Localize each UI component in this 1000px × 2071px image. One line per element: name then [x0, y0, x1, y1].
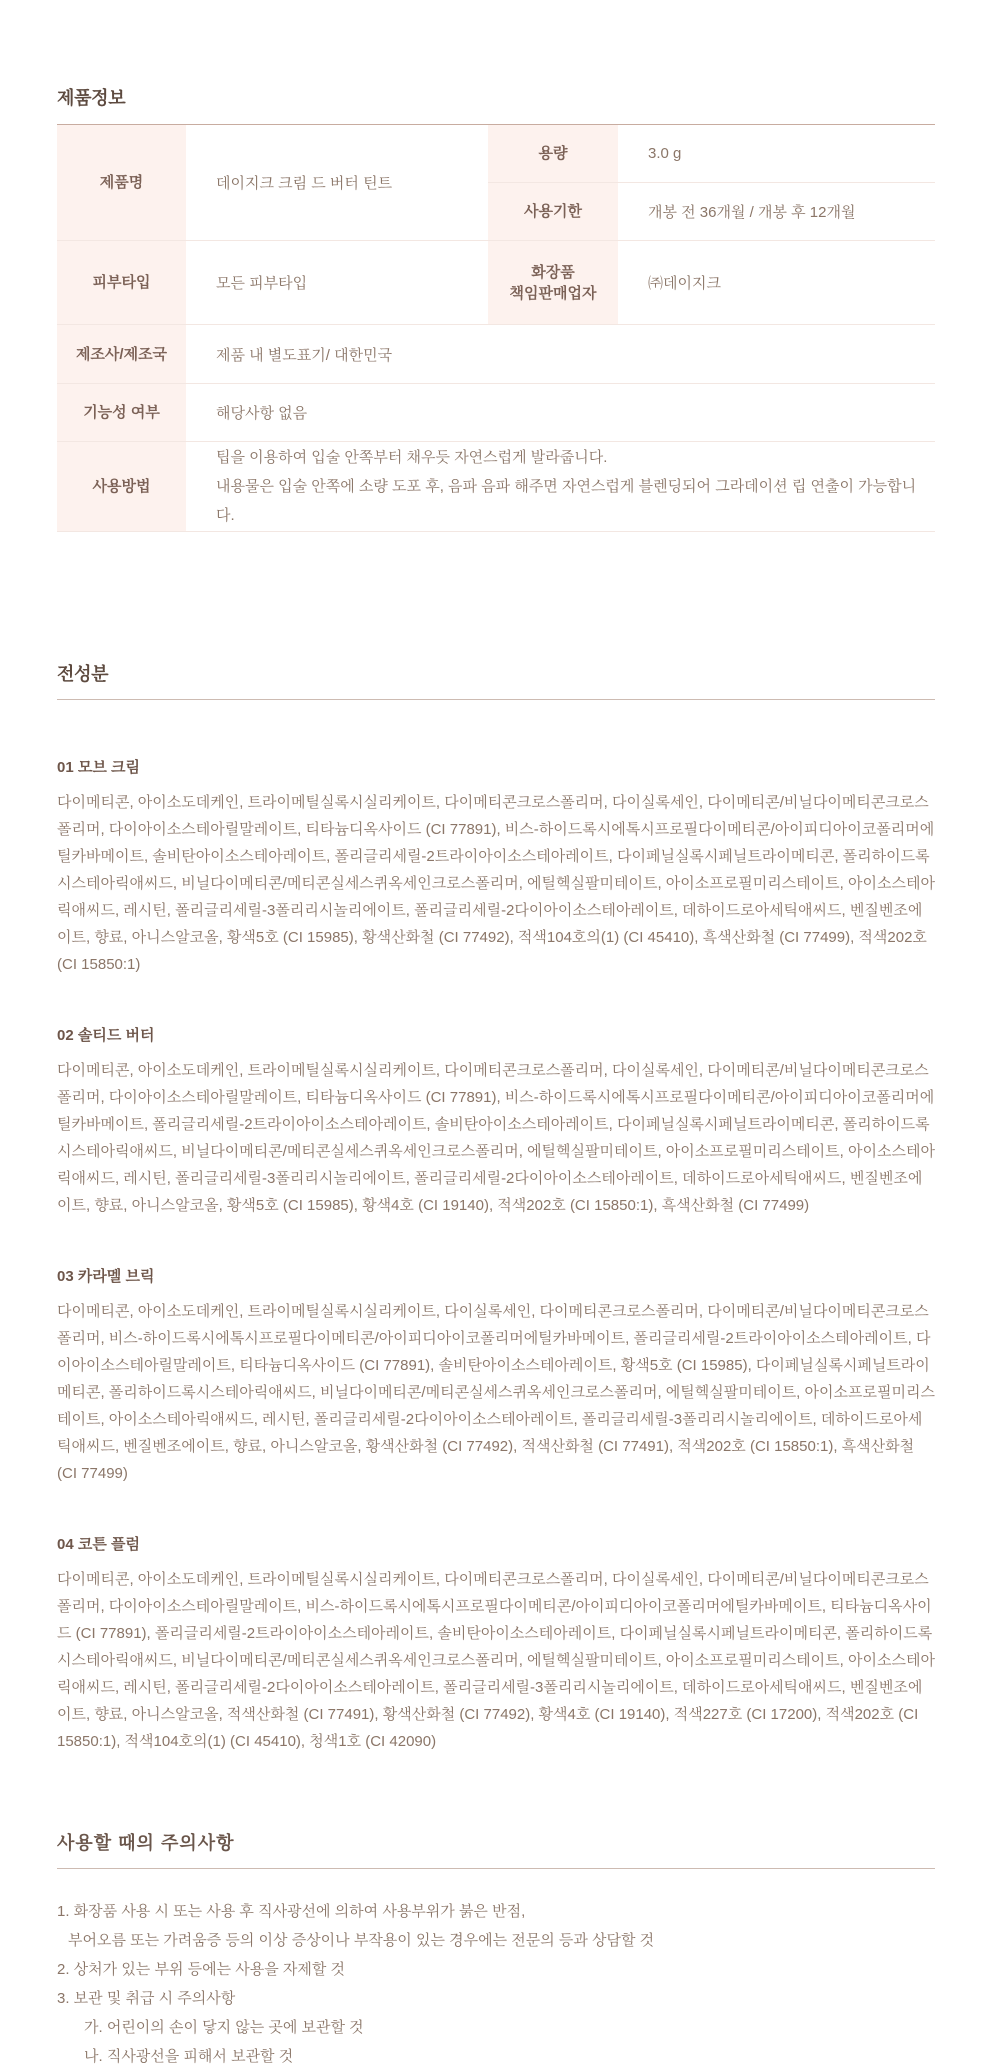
- shade-block-cotton-plum: 04 코튼 플럼 다이메티콘, 아이소도데케인, 트라이메틸실록시실리케이트, …: [57, 1533, 935, 1755]
- shade-block-caramel-brick: 03 카라멜 브릭 다이메티콘, 아이소도데케인, 트라이메틸실록시실리케이트,…: [57, 1265, 935, 1487]
- product-detail-page: 제품정보 제품명 데이지크 크림 드 버터 틴트 용량 3.0 g 사용기한 개…: [57, 0, 935, 2071]
- product-info-section: 제품정보 제품명 데이지크 크림 드 버터 틴트 용량 3.0 g 사용기한 개…: [57, 84, 935, 532]
- product-info-table: 제품명 데이지크 크림 드 버터 틴트 용량 3.0 g 사용기한 개봉 전 3…: [57, 124, 935, 532]
- precaution-item-3-sub-a: 가. 어린이의 손이 닿지 않는 곳에 보관할 것: [57, 2013, 935, 2042]
- usage-label: 사용방법: [57, 442, 186, 532]
- shade-ingredients-text: 다이메티콘, 아이소도데케인, 트라이메틸실록시실리케이트, 다이메티콘크로스폴…: [57, 1057, 935, 1219]
- precautions-divider: [57, 1868, 935, 1869]
- usage-line-2: 내용물은 입술 안쪽에 소량 도포 후, 음파 음파 해주면 자연스럽게 블렌딩…: [216, 472, 925, 530]
- skin-type-label: 피부타입: [57, 241, 186, 325]
- shade-name: 03 카라멜 브릭: [57, 1265, 935, 1286]
- manufacturer-label: 제조사/제조국: [57, 325, 186, 384]
- usage-line-1: 팁을 이용하여 입술 안쪽부터 채우듯 자연스럽게 발라줍니다.: [216, 443, 607, 472]
- precaution-item-3: 3. 보관 및 취급 시 주의사항: [57, 1984, 935, 2013]
- product-info-title: 제품정보: [57, 84, 935, 110]
- shade-name: 02 솔티드 버터: [57, 1024, 935, 1045]
- shade-name: 04 코튼 플럼: [57, 1533, 935, 1554]
- precautions-title: 사용할 때의 주의사항: [57, 1829, 935, 1855]
- precaution-item-1-line-1: 1. 화장품 사용 시 또는 사용 후 직사광선에 의하여 사용부위가 붉은 반…: [57, 1897, 935, 1926]
- ingredients-title: 전성분: [57, 660, 935, 686]
- distributor-label-line1: 화장품: [531, 262, 574, 283]
- precaution-item-3-sub-b: 나. 직사광선을 피해서 보관할 것: [57, 2042, 935, 2071]
- volume-label: 용량: [488, 125, 618, 183]
- shelf-life-value: 개봉 전 36개월 / 개봉 후 12개월: [618, 183, 935, 241]
- functional-value: 해당사항 없음: [186, 384, 935, 442]
- shelf-life-label: 사용기한: [488, 183, 618, 241]
- shade-ingredients-text: 다이메티콘, 아이소도데케인, 트라이메틸실록시실리케이트, 다이메티콘크로스폴…: [57, 789, 935, 978]
- ingredients-divider: [57, 699, 935, 700]
- shade-ingredients-text: 다이메티콘, 아이소도데케인, 트라이메틸실록시실리케이트, 다이실록세인, 다…: [57, 1298, 935, 1487]
- shade-ingredients-text: 다이메티콘, 아이소도데케인, 트라이메틸실록시실리케이트, 다이메티콘크로스폴…: [57, 1566, 935, 1755]
- volume-value: 3.0 g: [618, 125, 935, 183]
- product-name-value: 데이지크 크림 드 버터 틴트: [186, 125, 488, 241]
- usage-value: 팁을 이용하여 입술 안쪽부터 채우듯 자연스럽게 발라줍니다. 내용물은 입술…: [186, 442, 935, 532]
- precaution-item-1-line-2: 부어오름 또는 가려움증 등의 이상 증상이나 부작용이 있는 경우에는 전문의…: [57, 1926, 935, 1955]
- skin-type-value: 모든 피부타입: [186, 241, 488, 325]
- ingredients-section: 전성분 01 모브 크림 다이메티콘, 아이소도데케인, 트라이메틸실록시실리케…: [57, 660, 935, 1755]
- distributor-value: ㈜데이지크: [618, 241, 935, 325]
- distributor-label-line2: 책임판매업자: [510, 283, 597, 304]
- product-name-label: 제품명: [57, 125, 186, 241]
- shade-block-mauve-cream: 01 모브 크림 다이메티콘, 아이소도데케인, 트라이메틸실록시실리케이트, …: [57, 756, 935, 978]
- precaution-list: 1. 화장품 사용 시 또는 사용 후 직사광선에 의하여 사용부위가 붉은 반…: [57, 1897, 935, 2071]
- distributor-label: 화장품 책임판매업자: [488, 241, 618, 325]
- manufacturer-value: 제품 내 별도표기/ 대한민국: [186, 325, 935, 384]
- precaution-item-2: 2. 상처가 있는 부위 등에는 사용을 자제할 것: [57, 1955, 935, 1984]
- shade-name: 01 모브 크림: [57, 756, 935, 777]
- shade-block-salted-butter: 02 솔티드 버터 다이메티콘, 아이소도데케인, 트라이메틸실록시실리케이트,…: [57, 1024, 935, 1219]
- precautions-section: 사용할 때의 주의사항 1. 화장품 사용 시 또는 사용 후 직사광선에 의하…: [57, 1829, 935, 2071]
- functional-label: 기능성 여부: [57, 384, 186, 442]
